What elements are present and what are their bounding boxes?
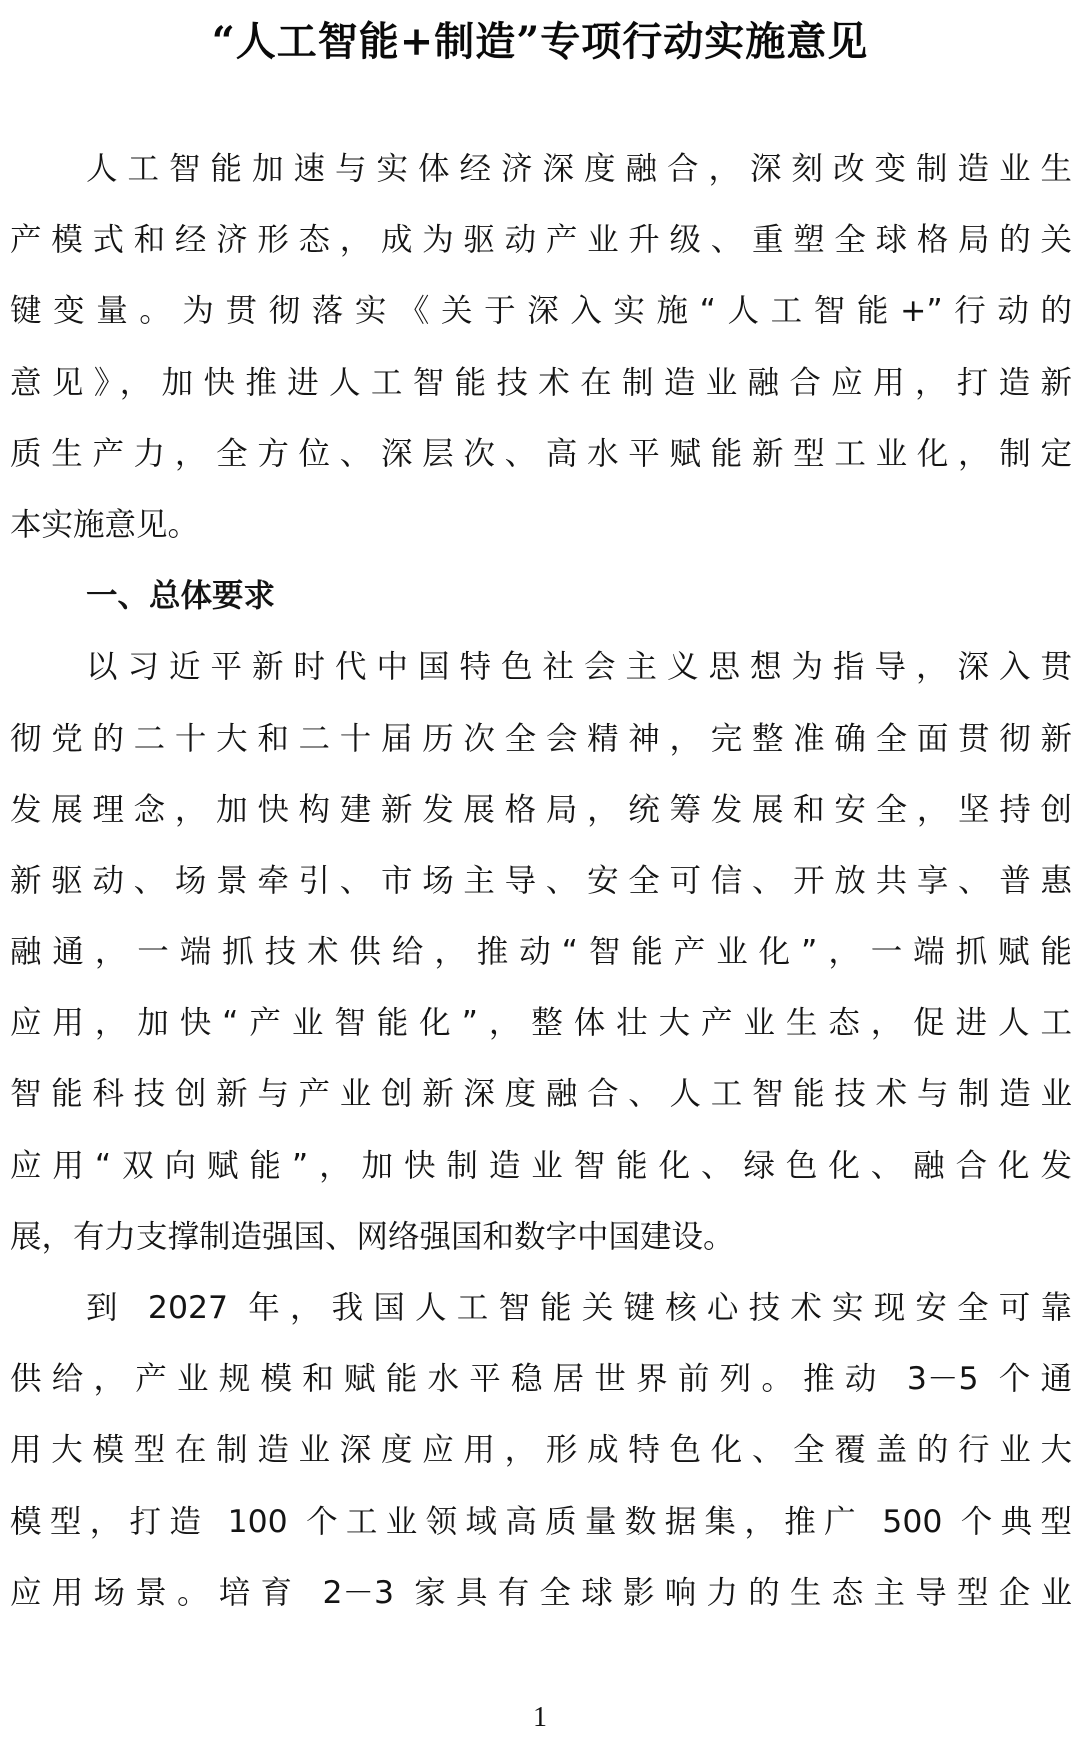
paragraph-intro: 人工智能加速与实体经济深度融合，深刻改变制造业生 产模式和经济形态，成为驱动产业… <box>10 134 1072 561</box>
paragraph-guiding-principles: 以习近平新时代中国特色社会主义思想为指导，深入贯 彻党的二十大和二十届历次全会精… <box>10 632 1072 1273</box>
section-heading: 一、总体要求 <box>10 561 1072 632</box>
text-line: 展，有力支撑制造强国、网络强国和数字中国建设。 <box>10 1202 1072 1273</box>
document-title: “人工智能+制造”专项行动实施意见 <box>0 12 1080 72</box>
text-line: 用大模型在制造业深度应用，形成特色化、全覆盖的行业大 <box>10 1415 1072 1486</box>
text-line: 到 2027 年，我国人工智能关键核心技术实现安全可靠 <box>10 1273 1072 1344</box>
text-line: 产模式和经济形态，成为驱动产业升级、重塑全球格局的关 <box>10 205 1072 276</box>
text-line: 键变量。为贯彻落实《关于深入实施“人工智能+”行动的 <box>10 276 1072 347</box>
text-line: 意见》，加快推进人工智能技术在制造业融合应用，打造新 <box>10 348 1072 419</box>
text-line: 应用场景。培育 2－3 家具有全球影响力的生态主导型企业 <box>10 1558 1072 1629</box>
text-line: 智能科技创新与产业创新深度融合、人工智能技术与制造业 <box>10 1059 1072 1130</box>
text-line: 人工智能加速与实体经济深度融合，深刻改变制造业生 <box>10 134 1072 205</box>
text-line: 新驱动、场景牵引、市场主导、安全可信、开放共享、普惠 <box>10 846 1072 917</box>
text-line: 本实施意见。 <box>10 490 1072 561</box>
document-page: “人工智能+制造”专项行动实施意见 人工智能加速与实体经济深度融合，深刻改变制造… <box>0 0 1080 1737</box>
text-line: 以习近平新时代中国特色社会主义思想为指导，深入贯 <box>10 632 1072 703</box>
text-line: 应用“双向赋能”，加快制造业智能化、绿色化、融合化发 <box>10 1131 1072 1202</box>
text-line: 融通，一端抓技术供给，推动“智能产业化”，一端抓赋能 <box>10 917 1072 988</box>
text-line: 质生产力，全方位、深层次、高水平赋能新型工业化，制定 <box>10 419 1072 490</box>
text-line: 彻党的二十大和二十届历次全会精神，完整准确全面贯彻新 <box>10 704 1072 775</box>
text-line: 应用，加快“产业智能化”，整体壮大产业生态，促进人工 <box>10 988 1072 1059</box>
page-number: 1 <box>0 1700 1080 1736</box>
paragraph-2027-goals: 到 2027 年，我国人工智能关键核心技术实现安全可靠 供给，产业规模和赋能水平… <box>10 1273 1072 1629</box>
text-line: 供给，产业规模和赋能水平稳居世界前列。推动 3－5 个通 <box>10 1344 1072 1415</box>
text-line: 模型，打造 100 个工业领域高质量数据集，推广 500 个典型 <box>10 1487 1072 1558</box>
text-line: 发展理念，加快构建新发展格局，统筹发展和安全，坚持创 <box>10 775 1072 846</box>
document-body: 人工智能加速与实体经济深度融合，深刻改变制造业生 产模式和经济形态，成为驱动产业… <box>10 134 1072 1629</box>
